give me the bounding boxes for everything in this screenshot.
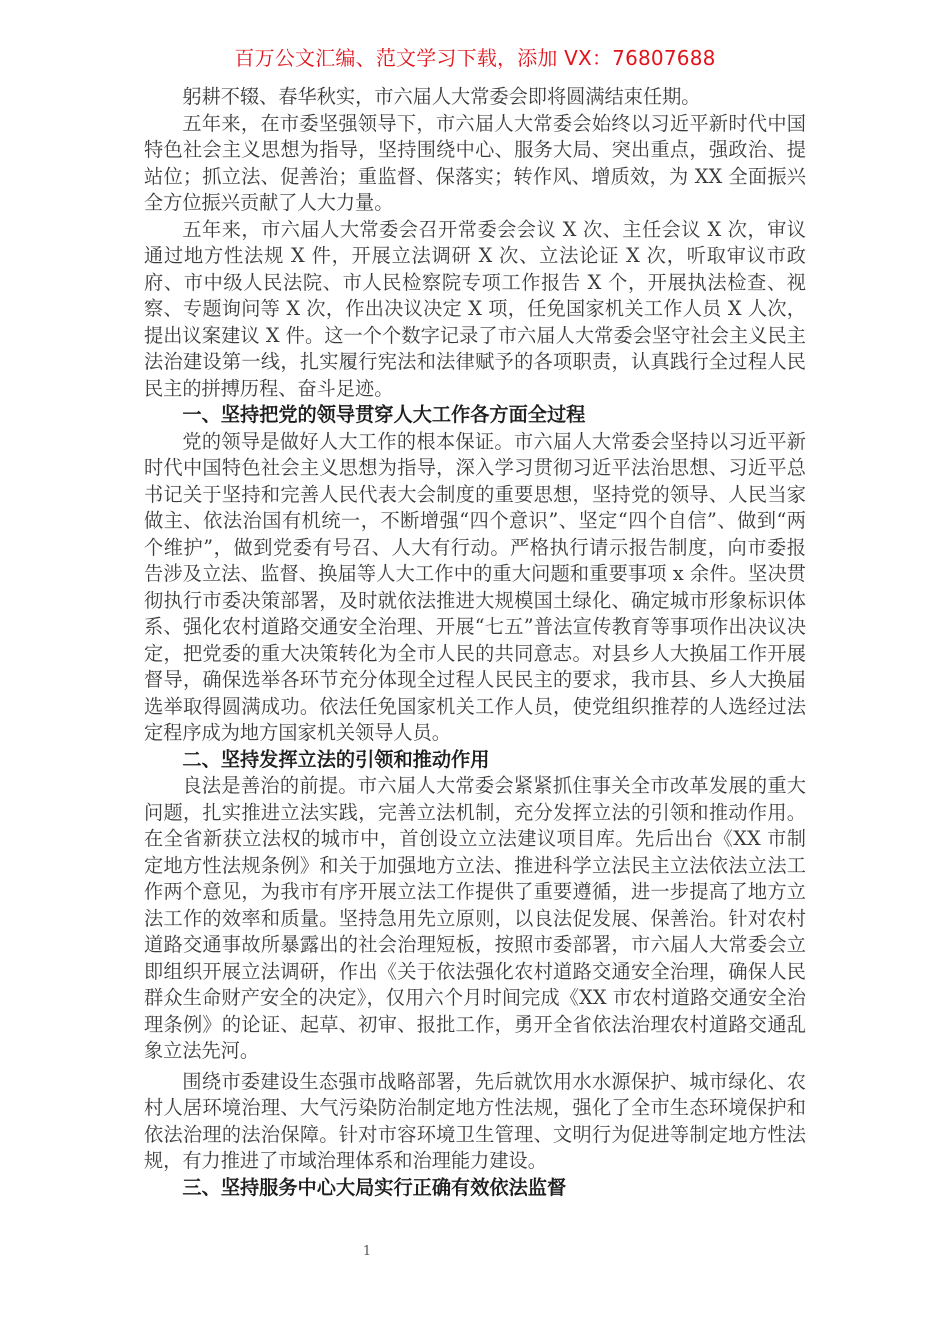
section-heading-3: 三、坚持服务中心大局实行正确有效依法监督 [144, 1175, 806, 1202]
intro-paragraph-1: 躬耕不辍、春华秋实，市六届人大常委会即将圆满结束任期。 [144, 84, 806, 111]
watermark-banner: 百万公文汇编、范文学习下载，添加 VX：76807688 [0, 44, 950, 72]
document-page: 百万公文汇编、范文学习下载，添加 VX：76807688 躬耕不辍、春华秋实，市… [0, 0, 950, 1344]
document-body: 躬耕不辍、春华秋实，市六届人大常委会即将圆满结束任期。 五年来，在市委坚强领导下… [144, 84, 806, 1201]
section-2-paragraph-2: 围绕市委建设生态强市战略部署，先后就饮用水水源保护、城市绿化、农村人居环境治理、… [144, 1069, 806, 1175]
section-2-paragraph-1: 良法是善治的前提。市六届人大常委会紧紧抓住事关全市改革发展的重大问题，扎实推进立… [144, 773, 806, 1065]
section-1-paragraph-1: 党的领导是做好人大工作的根本保证。市六届人大常委会坚持以习近平新时代中国特色社会… [144, 429, 806, 747]
section-heading-1: 一、坚持把党的领导贯穿人大工作各方面全过程 [144, 402, 806, 429]
intro-paragraph-2: 五年来，在市委坚强领导下，市六届人大常委会始终以习近平新时代中国特色社会主义思想… [144, 111, 806, 217]
page-number: 1 [352, 1244, 382, 1259]
intro-paragraph-3: 五年来，市六届人大常委会召开常委会会议 X 次、主任会议 X 次，审议通过地方性… [144, 217, 806, 403]
section-heading-2: 二、坚持发挥立法的引领和推动作用 [144, 747, 806, 774]
